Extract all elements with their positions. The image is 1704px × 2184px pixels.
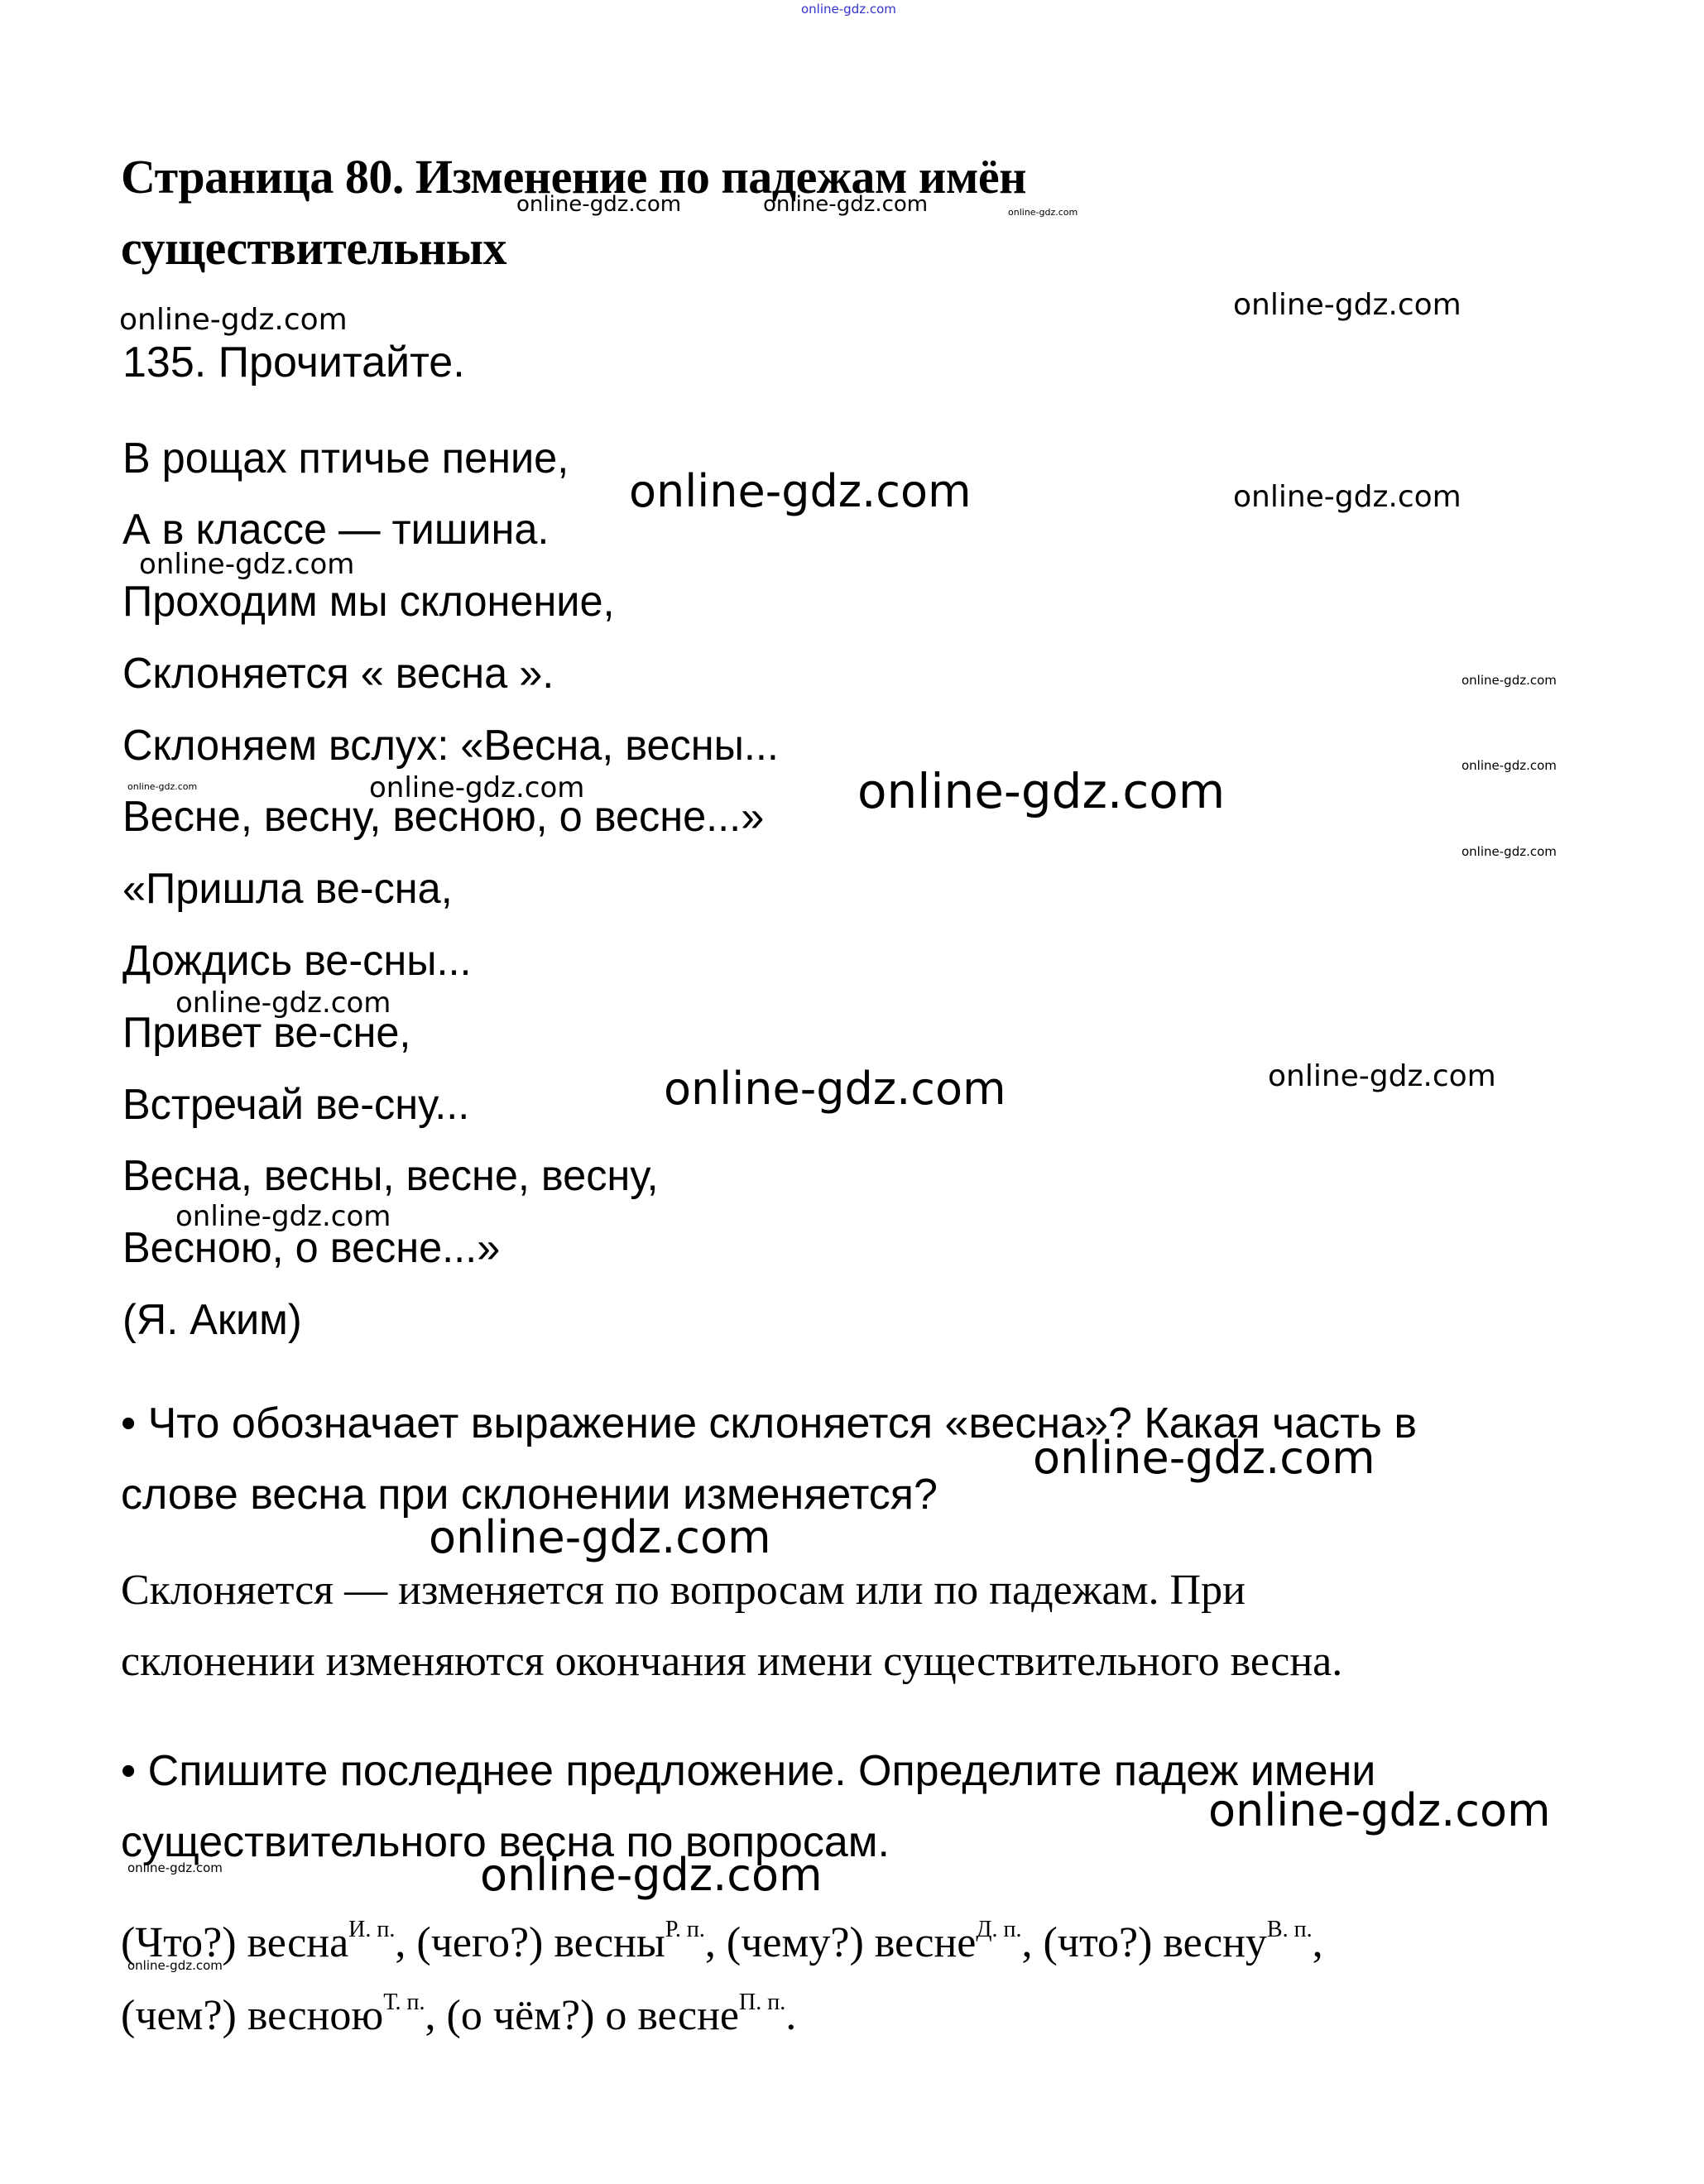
case-word: (что?) весну [1043, 1919, 1266, 1966]
watermark: online-gdz.com [175, 1200, 391, 1233]
case-word: (чем?) весною [121, 1992, 383, 2039]
poem-line: Встречай ве-сну... [122, 1080, 469, 1130]
watermark: online-gdz.com [1233, 480, 1462, 514]
task1-answer-line1: Склоняется — изменяется по вопросам или … [121, 1566, 1246, 1615]
watermark: online-gdz.com [1008, 207, 1078, 218]
watermark: online-gdz.com [1033, 1432, 1375, 1484]
poem-line: Дождись ве-сны... [122, 936, 472, 986]
separator: , [1021, 1919, 1043, 1966]
watermark: online-gdz.com [1233, 288, 1462, 322]
case-label: П. п. [739, 1990, 785, 2015]
poem-author: (Я. Аким) [122, 1295, 302, 1345]
poem-line: Склоняется « весна ». [122, 649, 554, 698]
watermark: online-gdz.com [127, 781, 197, 792]
watermark: online-gdz.com [857, 763, 1225, 819]
separator: . [785, 1992, 796, 2039]
watermark: online-gdz.com [369, 771, 584, 804]
watermark: online-gdz.com [480, 1849, 823, 1901]
case-word: (чему?) весне [727, 1919, 976, 1966]
separator: , [395, 1919, 416, 1966]
watermark: online-gdz.com [1268, 1059, 1496, 1093]
case-label: Р. п. [665, 1917, 705, 1942]
case-label: В. п. [1267, 1917, 1313, 1942]
exercise-heading: 135. Прочитайте. [122, 338, 465, 387]
page-title-line2: существительных [121, 220, 506, 276]
case-label: Д. п. [976, 1917, 1021, 1942]
watermark: online-gdz.com [429, 1511, 771, 1563]
task2-answer-line2: (чем?) весноюТ. п., (о чём?) о веснеП. п… [121, 1990, 796, 2040]
watermark: online-gdz.com [763, 192, 928, 217]
poem-line: А в классе — тишина. [122, 505, 549, 554]
watermark: online-gdz.com [516, 192, 681, 217]
poem-line: «Пришла ве-сна, [122, 864, 453, 914]
case-word: (чего?) весны [416, 1919, 665, 1966]
watermark: online-gdz.com [629, 465, 972, 517]
separator: , [705, 1919, 727, 1966]
top-watermark: online-gdz.com [801, 2, 896, 17]
watermark: online-gdz.com [139, 548, 354, 581]
poem-line: Весна, весны, весне, весну, [122, 1151, 658, 1201]
separator: , [1313, 1919, 1323, 1966]
watermark: online-gdz.com [1462, 673, 1557, 688]
task2-answer-line1: (Что?) веснаИ. п., (чего?) весныР. п., (… [121, 1917, 1323, 1967]
watermark: online-gdz.com [664, 1063, 1006, 1115]
poem-line: В рощах птичье пение, [122, 434, 569, 483]
watermark: online-gdz.com [1462, 758, 1557, 773]
poem-line: Проходим мы склонение, [122, 577, 615, 626]
watermark: online-gdz.com [119, 303, 348, 337]
watermark: online-gdz.com [1462, 844, 1557, 859]
watermark: online-gdz.com [175, 986, 391, 1020]
case-word: (о чём?) о весне [447, 1992, 739, 2039]
task1-answer-line2: склонении изменяются окончания имени сущ… [121, 1637, 1342, 1686]
watermark: online-gdz.com [127, 1860, 223, 1875]
watermark: online-gdz.com [127, 1958, 223, 1973]
task2-question-line1: • Спишите последнее предложение. Определ… [121, 1746, 1375, 1796]
poem-line: Склоняем вслух: «Весна, весны... [122, 721, 779, 770]
case-label: Т. п. [383, 1990, 425, 2015]
watermark: online-gdz.com [1208, 1784, 1551, 1836]
case-label: И. п. [348, 1917, 395, 1942]
separator: , [425, 1992, 447, 2039]
